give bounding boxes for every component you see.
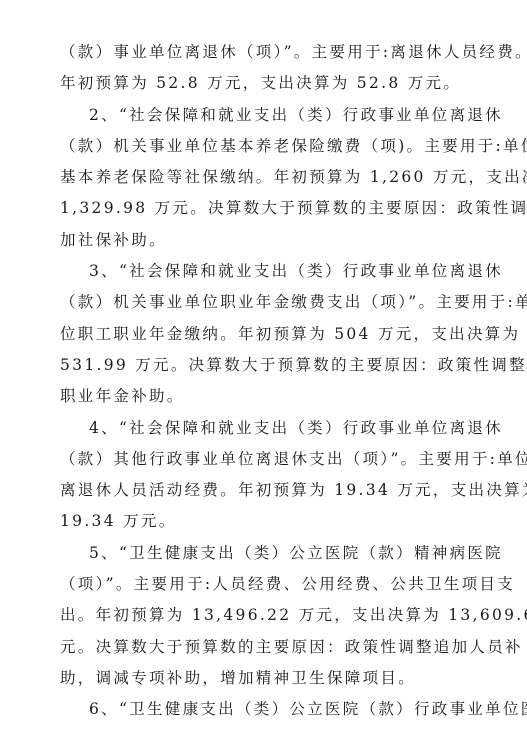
- text-line: 1,329.98 万元。决算数大于预算数的主要原因：政策性调整追: [60, 193, 474, 224]
- text-line: 2、“社会保障和就业支出（类）行政事业单位离退休: [60, 100, 474, 131]
- text-line: （款）其他行政事业单位离退休支出（项）”。主要用于:单位: [60, 444, 474, 475]
- text-line: （款）事业单位离退休（项）”。主要用于:离退休人员经费。: [60, 37, 474, 68]
- text-line: （项）”。主要用于:人员经费、公用经费、公共卫生项目支: [60, 569, 474, 600]
- text-line: （款）机关事业单位基本养老保险缴费（项)。主要用于:单位: [60, 131, 474, 162]
- text-line: 4、“社会保障和就业支出（类）行政事业单位离退休: [60, 413, 474, 444]
- text-line: 离退休人员活动经费。年初预算为 19.34 万元，支出决算为: [60, 475, 474, 506]
- paragraph-2: 2、“社会保障和就业支出（类）行政事业单位离退休 （款）机关事业单位基本养老保险…: [60, 100, 474, 256]
- text-line: 职业年金补助。: [60, 381, 474, 412]
- paragraph-5: 5、“卫生健康支出（类）公立医院（款）精神病医院 （项）”。主要用于:人员经费、…: [60, 538, 474, 694]
- paragraph-1-continued: （款）事业单位离退休（项）”。主要用于:离退休人员经费。 年初预算为 52.8 …: [60, 37, 474, 100]
- text-line: 元。决算数大于预算数的主要原因：政策性调整追加人员补: [60, 632, 474, 663]
- text-line: 19.34 万元。: [60, 506, 474, 537]
- text-line: 5、“卫生健康支出（类）公立医院（款）精神病医院: [60, 538, 474, 569]
- text-line: 位职工职业年金缴纳。年初预算为 504 万元，支出决算为: [60, 319, 474, 350]
- paragraph-6: 6、“卫生健康支出（类）公立医院（款）行政事业单位医: [60, 694, 474, 725]
- paragraph-4: 4、“社会保障和就业支出（类）行政事业单位离退休 （款）其他行政事业单位离退休支…: [60, 413, 474, 538]
- text-line: 3、“社会保障和就业支出（类）行政事业单位离退休: [60, 256, 474, 287]
- text-line: 年初预算为 52.8 万元，支出决算为 52.8 万元。: [60, 68, 474, 99]
- text-line: （款）机关事业单位职业年金缴费支出（项）”。主要用于:单: [60, 287, 474, 318]
- text-line: 加社保补助。: [60, 225, 474, 256]
- document-page: （款）事业单位离退休（项）”。主要用于:离退休人员经费。 年初预算为 52.8 …: [60, 37, 474, 726]
- paragraph-3: 3、“社会保障和就业支出（类）行政事业单位离退休 （款）机关事业单位职业年金缴费…: [60, 256, 474, 412]
- text-line: 助，调减专项补助，增加精神卫生保障项目。: [60, 663, 474, 694]
- text-line: 出。年初预算为 13,496.22 万元，支出决算为 13,609.68 万: [60, 600, 474, 631]
- text-line: 531.99 万元。决算数大于预算数的主要原因：政策性调整追加: [60, 350, 474, 381]
- text-line: 6、“卫生健康支出（类）公立医院（款）行政事业单位医: [60, 694, 474, 725]
- text-line: 基本养老保险等社保缴纳。年初预算为 1,260 万元，支出决算: [60, 162, 474, 193]
